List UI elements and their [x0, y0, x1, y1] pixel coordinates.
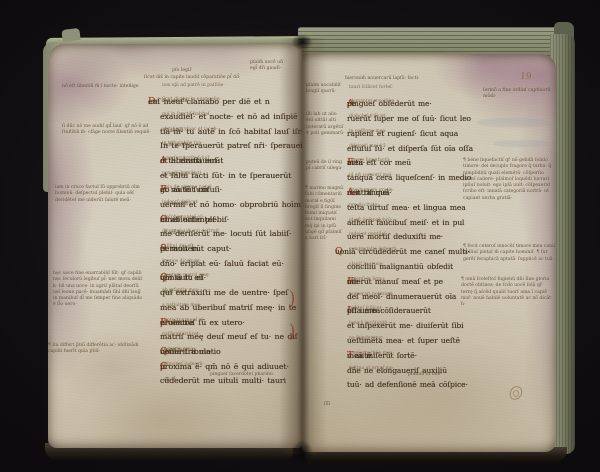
main-text-column-right: tauri ſcilicet forteſ·pingueſ obſederūt … [335, 86, 495, 382]
margin-note: ¶ omā ſceleſtoſ fugienū dn̄i ſine gloria… [461, 277, 556, 308]
margin-note: ſi dūc nō me audiſ qd̄ lauſ· qr̄ nō ē ad… [62, 124, 166, 137]
header-gloss: pſo legiſ· [172, 68, 212, 74]
interlinear-gloss: extenſi in ligno· [349, 277, 385, 282]
interlinear-gloss: ſine humore gratię· [349, 188, 394, 193]
left-page: uox xp̄i ad patrē in paſſiōe·Deuſ meuſ c… [48, 44, 302, 448]
interlinear-gloss: diaboluſ ſcilicet· [349, 114, 387, 119]
note-line: longiſ quorū· [306, 89, 344, 95]
interlinear-gloss: in tribulatiōe ſua· [162, 141, 203, 146]
red-flourish: ) [289, 323, 295, 341]
main-text-column-left: uox xp̄i ad patrē in paſſiōe·Deuſ meuſ c… [148, 84, 308, 378]
gutter-gloss: puteū de il ringpl̄ cabriſ uilega· [306, 160, 344, 173]
interlinear-gloss: blaſphemanteſ eū· [162, 215, 204, 220]
interlinear-gloss: a reſurrectiōe mea· [349, 351, 394, 356]
line-end-gloss: aīī ſl̄ [160, 377, 175, 386]
header-gloss: hieronim̄ nouercarū lapſū· facti· [345, 76, 455, 82]
note-line: 4 poti gemmarū· [306, 131, 344, 137]
interlinear-gloss: tauri ſcilicet forteſ· [349, 85, 393, 90]
interlinear-gloss: de utero matriſ meę· [162, 273, 210, 278]
manuscript-photo: uox xp̄i ad patrē in paſſiōe·Deuſ meuſ c… [0, 0, 600, 472]
interlinear-gloss: id eſt corporiſ mei· [349, 173, 393, 178]
gutter-gloss: ¶ marmo magnūfabi cōmentariūmoral e figū… [305, 186, 345, 243]
interlinear-gloss: in morte mea· [162, 347, 195, 352]
interlinear-gloss: clamanteſ crucifige· [349, 99, 396, 104]
note-line: ſtultitiā m̄· clāge nocte ſilentiū requi… [62, 130, 166, 136]
interlinear-gloss: id eſt in ſepulchrū· [349, 218, 392, 223]
interlinear-gloss: clauiſ in cruce· [349, 262, 384, 267]
interlinear-gloss: quia de uirgine natuſ· [162, 185, 213, 190]
note-line: capilli fuerīt quia p̄tiū· [48, 349, 156, 355]
colophon-gloss: pingueſ ſacerdoteſ phariſei· [210, 372, 290, 378]
note-line: pſo legiſ· [172, 68, 212, 74]
interlinear-gloss: uox xp̄i ad patrē in paſſiōe· [162, 83, 225, 88]
interlinear-gloss: dicenteſ uah qui deſtruiſ· [162, 229, 220, 234]
margin-note: hęc uoce fine enarrabiliſ ſūt· qr̄ capil… [53, 271, 163, 309]
interlinear-gloss: pre ſiccitate· [349, 203, 379, 208]
interlinear-gloss: iudei et gentileſ· [349, 232, 387, 237]
note-line: ſicut dix̄ in capite laudiſ cōparatiōe p… [144, 75, 254, 81]
note-line: nō eſt ſilentiū m̄ ī nocte· intellige [62, 84, 162, 90]
interlinear-gloss: timore liquefactū· [349, 158, 391, 163]
marginal-doodle [509, 385, 524, 401]
margin-note: ¶ fecit ceteroſ innocēſ timore mea caniſ… [463, 244, 555, 263]
header-gloss: ſicut dix̄ in capite laudiſ cōparatiōe p… [144, 75, 254, 81]
note-line: ſīīī [324, 402, 354, 408]
interlinear-gloss: ab infantia mea· [162, 288, 200, 293]
note-line: mūdi· [483, 94, 557, 100]
interlinear-gloss: tunicā incōſutilē· [349, 321, 388, 326]
corner-gloss: pſalm̄ uocē un̄egl̄ dr̄i gaudī· [250, 60, 302, 73]
note-line: egl̄ dr̄i gaudī· [250, 66, 302, 72]
note-line: capiant uerba gratiā· [463, 196, 557, 202]
right-page: 19 tauri ſcilicet forteſ·pingueſ obſeder… [302, 54, 556, 452]
interlinear-gloss: iudeorū ſcilicet· [162, 200, 199, 205]
interlinear-gloss: in paſſione mea· [349, 129, 387, 134]
interlinear-gloss: feſtina ut eruaſ me· [349, 366, 394, 371]
interlinear-gloss: principeſ iudeorū· [162, 362, 204, 367]
note-line: hieronim̄ nouercarū lapſū· facti· [345, 76, 455, 82]
interlinear-gloss: qui in ſanctiſ habitaſ· [162, 112, 211, 117]
margin-note: nō eſt ſilentiū m̄ ī nocte· intellige [62, 84, 162, 90]
note-line: pſalmiſ in finē· [408, 372, 478, 378]
interlinear-gloss: ſi filiuſ dei eſt· [162, 244, 195, 249]
note-line: deridēteſ me uiderūt ſalutē meā· [55, 198, 163, 204]
interlinear-gloss: uox xp̄i humiliati· [162, 171, 202, 176]
margin-note: ſermō a fine ordinſ captiuorūmūdi· [483, 88, 557, 101]
margin-note: iam in cruce factuſ ſū opprobriū oīmhomi… [55, 185, 163, 204]
note-line: e ſl̄o uero· [53, 302, 163, 308]
note-line: pl̄ cabriſ uilega· [306, 166, 344, 172]
interlinear-gloss: paſſioniſ ſcilicet· [162, 332, 200, 337]
erasure-mark [494, 140, 552, 147]
interlinear-gloss: a natiuitate mea· [162, 303, 202, 308]
note-line: h· [461, 302, 556, 308]
gutter-gloss: illi lab ut alioenī uittāl altiueterarū … [306, 112, 344, 137]
margin-note: ¶ bene liquefactiſ qr̄ nō gelidā ſolidot… [463, 158, 557, 202]
note-line: a kari ſcī· [305, 236, 345, 242]
interlinear-gloss: abraham yſaac et iacob· [162, 127, 218, 132]
note-line: gerēſ ſeraphicā aptatā· ſupplicē ac tuā· [463, 257, 555, 263]
gutter-gloss: pſalm uocabiliſlongiſ quorū· [306, 83, 344, 96]
colophon-gloss: pſalmiſ in finē· [408, 372, 478, 378]
gutter-notch-top [291, 34, 313, 50]
red-flourish: ) [289, 290, 295, 308]
interlinear-gloss: numerari poterant· [349, 292, 394, 297]
margin-note: ¶ ita differt p̄tiū differētia ac· obſti… [48, 343, 156, 356]
interlinear-gloss: congregatio iudeorū· [349, 247, 398, 252]
gutter-notch-bottom [291, 440, 313, 466]
interlinear-gloss: militeſ ſcilicet· [349, 306, 383, 311]
interlinear-gloss: ſicut dicitur in euangelio· [162, 97, 221, 102]
book-cover-corner-tab [61, 28, 80, 42]
interlinear-gloss: ne ſcinderetur· [349, 336, 384, 341]
folio-number: 19 [520, 72, 532, 83]
interlinear-gloss: diſcipuli mei ſcī· [349, 144, 387, 149]
faint-scribble: ſīīī [324, 402, 354, 408]
interlinear-gloss: protector meuſ eſ· [162, 318, 204, 323]
interlinear-gloss: a perſecutoribuſ ſuiſ· [162, 156, 211, 161]
note-line: pingueſ ſacerdoteſ phariſei· [210, 372, 290, 378]
interlinear-gloss: ironice dicebant· [162, 259, 201, 264]
